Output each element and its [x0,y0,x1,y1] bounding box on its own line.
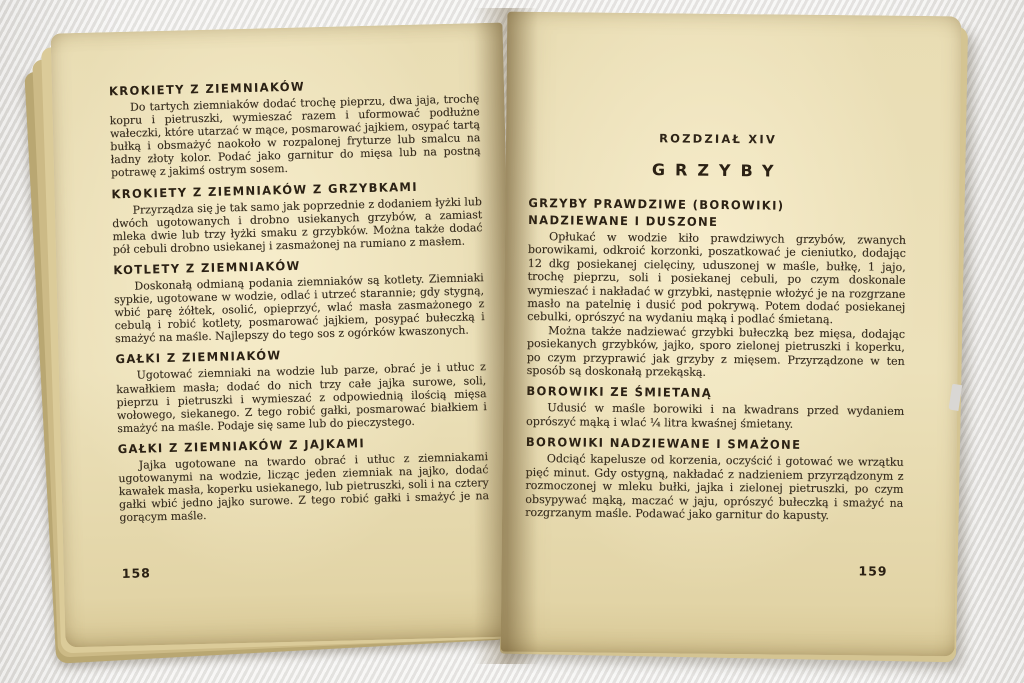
open-book: KROKIETY Z ZIEMNIAKÓW Do tartych ziemnia… [0,0,1024,683]
photo-background: { "colors": { "background": "#eae9e6", "… [0,0,1024,683]
chapter-title: GRZYBY [529,159,907,182]
left-page: KROKIETY Z ZIEMNIAKÓW Do tartych ziemnia… [51,23,518,648]
recipe-heading: GRZYBY PRAWDZIWE (BOROWIKI) [528,196,906,215]
recipe-paragraph: Ugotować ziemniaki na wodzie lub parze, … [116,360,487,434]
recipe-paragraph: Można także nadziewać grzybki bułeczką b… [527,324,906,382]
recipe-heading-line2: NADZIEWANE I DUSZONE [528,213,906,232]
page-number-right: 159 [858,563,887,578]
chapter-label: ROZDZIAŁ XIV [529,130,907,148]
recipe-paragraph: Jajka ugotowane na twardo obrać i utłuc … [118,450,489,524]
recipe-paragraph: Do tartych ziemniaków dodać trochę piepr… [109,92,481,180]
right-page-text-column: ROZDZIAŁ XIV GRZYBY GRZYBY PRAWDZIWE (BO… [525,130,907,523]
right-page: ROZDZIAŁ XIV GRZYBY GRZYBY PRAWDZIWE (BO… [501,12,962,657]
recipe-paragraph: Odciąć kapelusze od korzenia, oczyścić i… [525,452,904,523]
page-number-left: 158 [122,565,151,581]
left-page-text-column: KROKIETY Z ZIEMNIAKÓW Do tartych ziemnia… [109,75,490,524]
recipe-heading: BOROWIKI NADZIEWANE I SMAŻONE [526,435,904,454]
recipe-paragraph: Przyrządza się je tak samo jak poprzedni… [112,195,483,256]
recipe-paragraph: Doskonałą odmianą podania ziemniaków są … [114,271,485,345]
recipe-paragraph: Udusić w maśle borowiki i na kwadrans pr… [526,401,904,432]
recipe-paragraph: Opłukać w wodzie kiło prawdziwych grzybó… [527,230,906,328]
recipe-heading: BOROWIKI ZE ŚMIETANĄ [526,384,904,403]
